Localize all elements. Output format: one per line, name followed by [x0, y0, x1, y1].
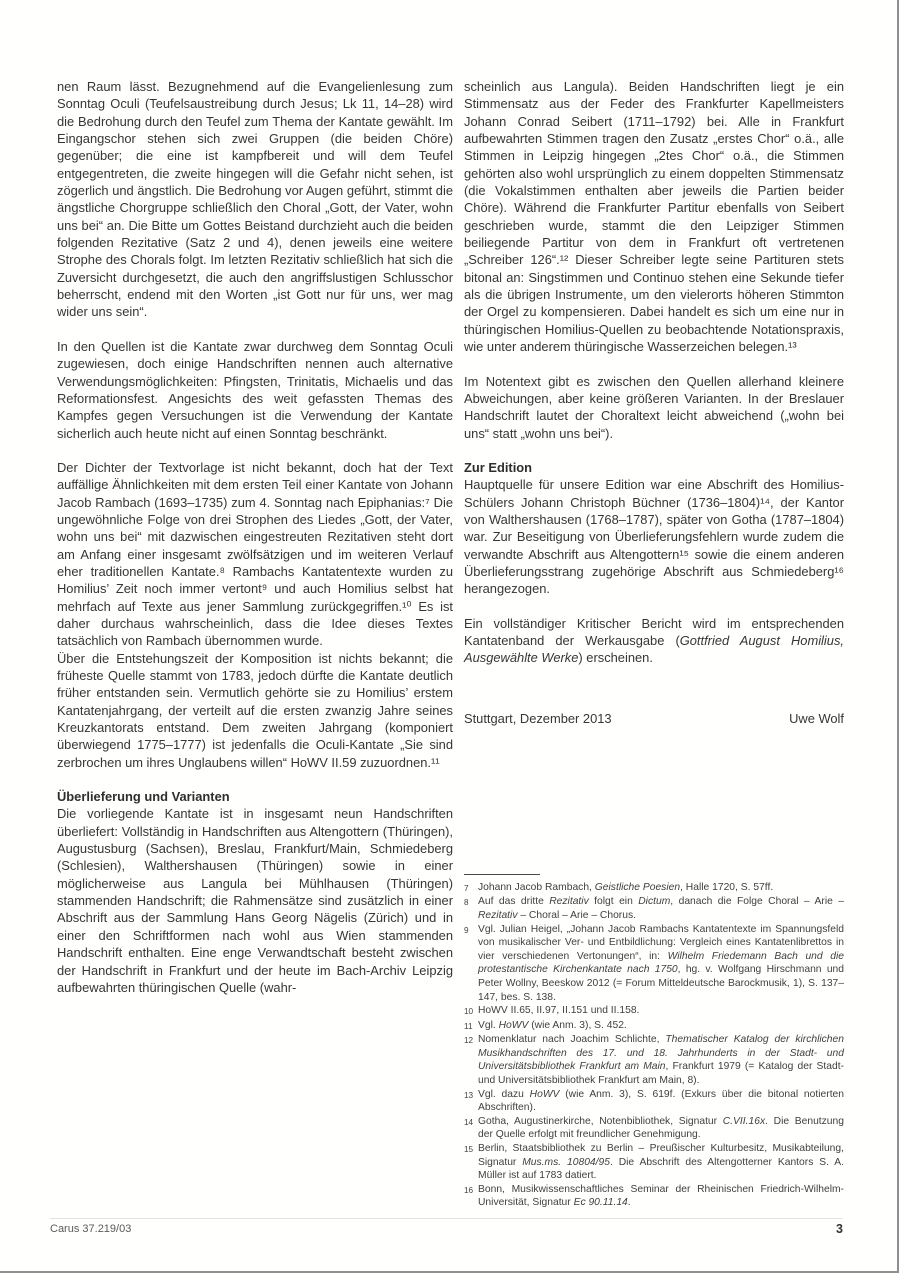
- signoff-author: Uwe Wolf: [789, 710, 844, 727]
- paragraph: Über die Entstehungszeit der Komposition…: [57, 650, 453, 771]
- page-body: nen Raum lässt. Bezugnehmend auf die Eva…: [57, 78, 844, 1210]
- footnote-row: 8 Auf das dritte Rezitativ folgt ein Dic…: [464, 895, 844, 922]
- signoff-row: Stuttgart, Dezember 2013 Uwe Wolf: [464, 710, 844, 727]
- footnote-number: 9: [464, 923, 478, 1005]
- footnote-row: 11 Vgl. HoWV (wie Anm. 3), S. 452.: [464, 1019, 844, 1034]
- scan-edge-bottom: [0, 1271, 899, 1273]
- footnote-row: 14 Gotha, Augustinerkirche, Notenbibliot…: [464, 1115, 844, 1142]
- paragraph: scheinlich aus Langula). Beiden Handschr…: [464, 78, 844, 356]
- footnote-number: 15: [464, 1142, 478, 1183]
- paragraph: Hauptquelle für unsere Edition war eine …: [464, 476, 844, 597]
- footnote-text: Auf das dritte Rezitativ folgt ein Dictu…: [478, 895, 844, 922]
- section-heading-ueberlieferung: Überlieferung und Varianten: [57, 788, 453, 805]
- paragraph: Ein vollständiger Kritischer Bericht wir…: [464, 615, 844, 667]
- footnote-row: 13 Vgl. dazu HoWV (wie Anm. 3), S. 619f.…: [464, 1088, 844, 1115]
- footnote-text: Bonn, Musikwissenschaftliches Seminar de…: [478, 1183, 844, 1210]
- footnote-text: Johann Jacob Rambach, Geistliche Poesien…: [478, 881, 844, 896]
- scanned-document-page: nen Raum lässt. Bezugnehmend auf die Eva…: [0, 0, 900, 1278]
- page-number: 3: [836, 1222, 843, 1236]
- text-column-left: nen Raum lässt. Bezugnehmend auf die Eva…: [57, 78, 453, 1210]
- footnote-number: 13: [464, 1088, 478, 1115]
- footnote-number: 14: [464, 1115, 478, 1142]
- footnote-row: 10 HoWV II.65, II.97, II.151 und II.158.: [464, 1004, 844, 1019]
- footnote-text: Vgl. Julian Heigel, „Johann Jacob Rambac…: [478, 923, 844, 1005]
- footnote-text: HoWV II.65, II.97, II.151 und II.158.: [478, 1004, 844, 1019]
- footnote-number: 7: [464, 881, 478, 896]
- paragraph: Im Notentext gibt es zwischen den Quelle…: [464, 373, 844, 442]
- footnote-row: 15 Berlin, Staatsbibliothek zu Berlin – …: [464, 1142, 844, 1183]
- footnote-number: 12: [464, 1033, 478, 1087]
- footnote-text: Nomenklatur nach Joachim Schlichte, Them…: [478, 1033, 844, 1087]
- scan-edge-right: [897, 0, 899, 1273]
- footnote-text: Vgl. dazu HoWV (wie Anm. 3), S. 619f. (E…: [478, 1088, 844, 1115]
- signoff-place-date: Stuttgart, Dezember 2013: [464, 710, 612, 727]
- footnote-number: 8: [464, 895, 478, 922]
- footnote-separator: [464, 874, 540, 875]
- footnote-number: 16: [464, 1183, 478, 1210]
- paragraph: Die vorliegende Kantate ist in insgesamt…: [57, 805, 453, 996]
- footnote-row: 9 Vgl. Julian Heigel, „Johann Jacob Ramb…: [464, 923, 844, 1005]
- catalog-number: Carus 37.219/03: [50, 1223, 131, 1235]
- paragraph: In den Quellen ist die Kantate zwar durc…: [57, 338, 453, 442]
- footnote-row: 12 Nomenklatur nach Joachim Schlichte, T…: [464, 1033, 844, 1087]
- section-heading-edition: Zur Edition: [464, 459, 844, 476]
- footnote-row: 16 Bonn, Musikwissenschaftliches Seminar…: [464, 1183, 844, 1210]
- footnote-text: Vgl. HoWV (wie Anm. 3), S. 452.: [478, 1019, 844, 1034]
- footnotes-block: 7 Johann Jacob Rambach, Geistliche Poesi…: [464, 874, 844, 1210]
- page-footer: Carus 37.219/03 3: [50, 1218, 843, 1236]
- footnote-number: 11: [464, 1019, 478, 1034]
- footnote-row: 7 Johann Jacob Rambach, Geistliche Poesi…: [464, 881, 844, 896]
- text-column-right: scheinlich aus Langula). Beiden Handschr…: [464, 78, 844, 1210]
- footnote-number: 10: [464, 1004, 478, 1019]
- footnote-text: Gotha, Augustinerkirche, Notenbibliothek…: [478, 1115, 844, 1142]
- footnote-text: Berlin, Staatsbibliothek zu Berlin – Pre…: [478, 1142, 844, 1183]
- paragraph: nen Raum lässt. Bezugnehmend auf die Eva…: [57, 78, 453, 321]
- paragraph: Der Dichter der Textvorlage ist nicht be…: [57, 459, 453, 650]
